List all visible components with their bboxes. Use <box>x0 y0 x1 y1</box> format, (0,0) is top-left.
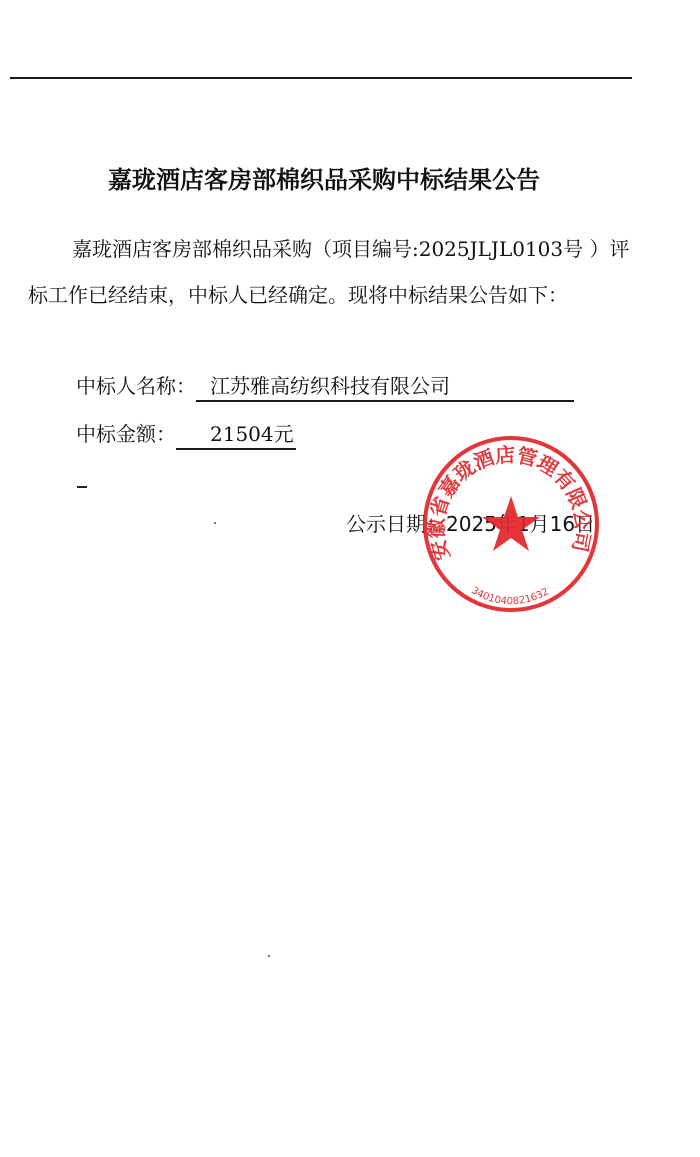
amount-value: 21504元 <box>176 418 296 450</box>
dash-mark <box>77 486 87 488</box>
scan-speck <box>214 522 216 524</box>
paragraph-text: 嘉珑酒店客房部棉织品采购（项目编号:2025JLJL0103号 ）评标工作已经结… <box>28 237 630 307</box>
header-rule <box>10 77 632 79</box>
document-title: 嘉珑酒店客房部棉织品采购中标结果公告 <box>0 160 648 195</box>
amount-row: 中标金额：21504元 <box>76 418 296 450</box>
winner-value: 江苏雅高纺织科技有限公司 <box>196 370 574 402</box>
winner-row: 中标人名称：江苏雅高纺织科技有限公司 <box>76 370 574 402</box>
company-seal-icon: 安徽省嘉珑酒店管理有限公司 3401040821632 <box>421 434 601 614</box>
announcement-paragraph: 嘉珑酒店客房部棉织品采购（项目编号:2025JLJL0103号 ）评标工作已经结… <box>28 226 638 318</box>
amount-label: 中标金额： <box>76 422 176 446</box>
winner-label: 中标人名称： <box>76 374 196 398</box>
scan-speck <box>268 955 270 957</box>
